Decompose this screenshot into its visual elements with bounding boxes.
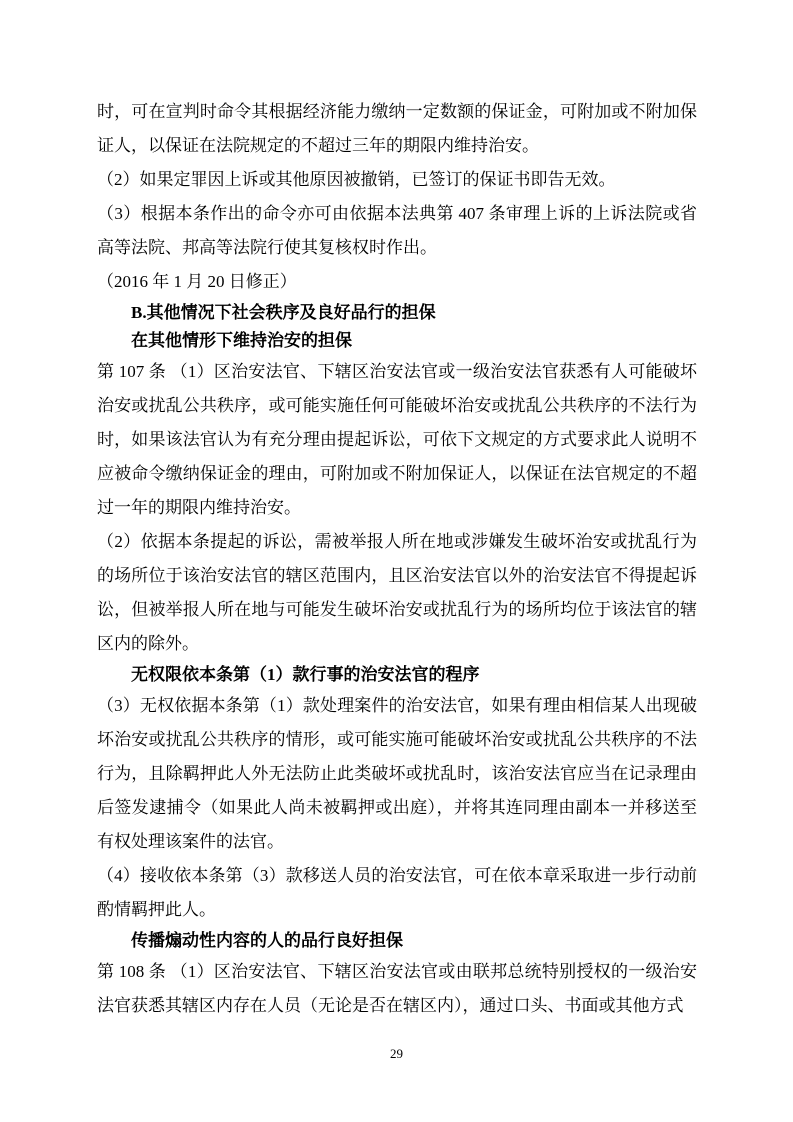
paragraph-article-107-1: 第 107 条 （1）区治安法官、下辖区治安法官或一级治安法官获悉有人可能破坏治… <box>97 355 697 525</box>
paragraph-continuation: 时，可在宣判时命令其根据经济能力缴纳一定数额的保证金，可附加或不附加保证人，以保… <box>97 95 697 163</box>
section-heading-b: B.其他情况下社会秩序及良好品行的担保 <box>97 299 697 327</box>
paragraph-clause-3: （3）根据本条作出的命令亦可由依据本法典第 407 条审理上诉的上诉法院或省高等… <box>97 197 697 265</box>
section-heading-procedure: 无权限依本条第（1）款行事的治安法官的程序 <box>97 661 697 689</box>
section-subheading-maintain-peace: 在其他情形下维持治安的担保 <box>97 327 697 355</box>
page-number: 29 <box>0 1046 793 1062</box>
paragraph-amendment-date: （2016 年 1 月 20 日修正） <box>97 265 697 299</box>
document-page: 时，可在宣判时命令其根据经济能力缴纳一定数额的保证金，可附加或不附加保证人，以保… <box>0 0 793 1122</box>
paragraph-article-107-2: （2）依据本条提起的诉讼，需被举报人所在地或涉嫌发生破坏治安或扰乱行为的场所位于… <box>97 525 697 661</box>
document-text-block: 时，可在宣判时命令其根据经济能力缴纳一定数额的保证金，可附加或不附加保证人，以保… <box>97 95 697 1023</box>
paragraph-article-107-4: （4）接收依本条第（3）款移送人员的治安法官，可在依本章采取进一步行动前酌情羁押… <box>97 859 697 927</box>
paragraph-article-107-3: （3）无权依据本条第（1）款处理案件的治安法官，如果有理由相信某人出现破坏治安或… <box>97 689 697 859</box>
paragraph-clause-2: （2）如果定罪因上诉或其他原因被撤销，已签订的保证书即告无效。 <box>97 163 697 197</box>
paragraph-article-108-1: 第 108 条 （1）区治安法官、下辖区治安法官或由联邦总统特别授权的一级治安法… <box>97 955 697 1023</box>
section-heading-seditious-content: 传播煽动性内容的人的品行良好担保 <box>97 927 697 955</box>
